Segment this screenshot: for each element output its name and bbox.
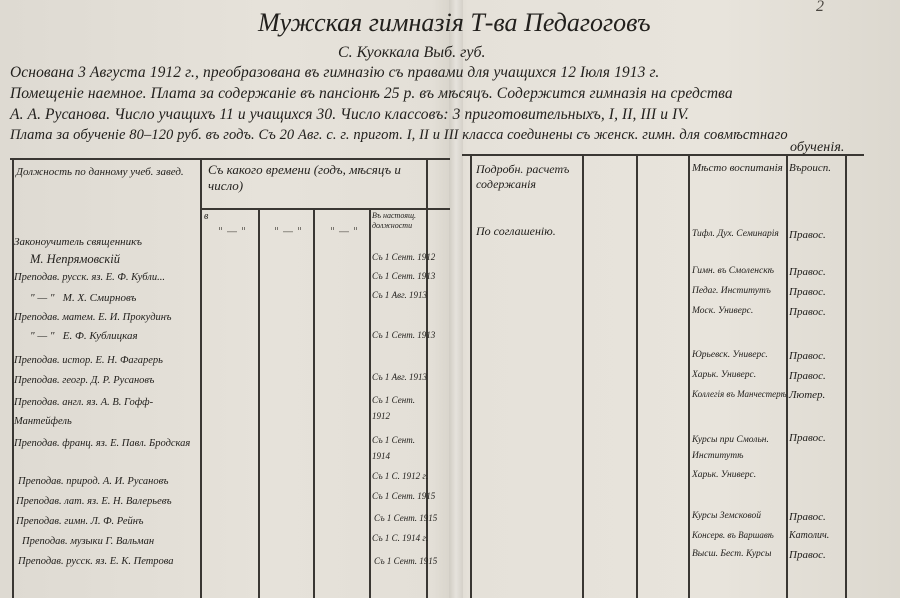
col-border-1 [200,158,202,598]
row-13-since: Съ 1 Сент. 1915 [374,556,437,566]
row-11-education: Курсы Земсковой [692,511,761,521]
col-border-8 [636,155,638,598]
row-4: " — " Е. Ф. Кублицкая [30,330,138,342]
row-5-education: Юрьевск. Универс. [692,350,768,360]
table-top-border-right [462,154,864,156]
row-9-since: Съ 1 С. 1912 г. [372,471,428,481]
row-6-religion: Правос. [789,370,826,382]
col-border-9 [688,155,690,598]
row-5: Преподав. истор. Е. Н. Фагарерь [14,355,163,366]
ditto-mark-1: " — " [218,225,246,238]
salary-note: По соглашенiю. [476,224,556,239]
row-2: " — " М. Х. Смирновъ [30,292,136,304]
row-7-since: Съ 1 Сент. 1912 [372,392,426,424]
row-3-education: Моск. Универс. [692,306,753,316]
row-3-religion: Правос. [789,306,826,318]
row-11: Преподав. гимн. Л. Ф. Рейнъ [16,516,143,527]
col-border-4 [369,208,371,598]
row-13-religion: Правос. [789,549,826,561]
col-border-3 [313,208,315,598]
row-0-religion: Правос. [789,229,826,241]
page-number: 2 [816,0,824,16]
intro-line-1: Основана 3 Августа 1912 г., преобразован… [10,64,659,82]
col-border-11 [845,155,847,598]
row-2-since: Съ 1 Сент. 1913 [372,271,435,281]
header-education-place: Мѣсто воспитанiя [692,162,784,176]
row-1-since: Съ 1 Сент. 1912 [372,252,435,262]
row-2-religion: Правос. [789,286,826,298]
row-1-religion: Правос. [789,266,826,278]
row-10-since: Съ 1 Сент. 1915 [372,491,435,501]
ditto-mark-2: " — " [274,225,302,238]
row-12-since: Съ 1 С. 1914 г. [372,533,428,543]
row-1-education: Гимн. въ Смоленскѣ [692,266,774,276]
row-6-education: Харьк. Универс. [692,370,756,380]
row-9: Преподав. природ. А. И. Русановъ [18,476,168,487]
row-7-religion: Лютер. [789,389,825,401]
document-subtitle: С. Куоккала Выб. губ. [338,44,486,62]
row-8: Преподав. франц. яз. Е. Павл. Бродская [14,436,200,453]
header-position: Должность по данному учеб. завед. [16,166,198,180]
col-border-10 [786,155,788,598]
document-title: Мужская гимназiя Т-ва Педагоговъ [258,8,651,38]
intro-line-3: А. А. Русанова. Число учащихъ 11 и учащи… [10,106,689,124]
row-11-religion: Правос. [789,511,826,523]
row-8-since: Съ 1 Сент. 1914 [372,432,426,464]
ditto-mark-3: " — " [330,225,358,238]
row-12-education: Консерв. въ Варшавѣ [692,530,774,540]
row-9-education: Харьк. Универс. [692,470,756,480]
since-subheader-divider [200,208,450,210]
row-4-since: Съ 1 Сент. 1913 [372,330,435,340]
row-0-education: Тифл. Дух. Семинарiя [692,229,779,239]
intro-line-4: Плата за обученiе 80–120 руб. въ годъ. С… [10,127,788,144]
header-current-position-since: Въ настоящ. должности [372,211,426,231]
row-0-name: М. Непрямовскiй [30,252,120,267]
intro-line-2: Помещенiе наемное. Плата за содержанiе в… [10,85,733,103]
row-12: Преподав. музыки Г. Вальман [22,536,154,547]
row-7: Преподав. англ. яз. А. В. Гофф-Мантейфел… [14,394,200,432]
row-3: Преподав. матем. Е. И. Прокудинъ [14,312,171,323]
header-salary: Подробн. расчетъ содержанiя [476,162,580,192]
row-6-since: Съ 1 Авг. 1913 [372,372,427,382]
row-11-since: Съ 1 Сент. 1915 [374,513,437,523]
row-12-religion: Католич. [789,530,829,541]
row-10: Преподав. лат. яз. Е. Н. Валерьевъ [16,496,172,507]
since-sub-in: в [204,211,208,224]
row-13-education: Высш. Бест. Курсы [692,549,771,559]
col-border-6 [470,155,472,598]
header-since-when: Съ какого времени (годъ, мѣсяцъ и число) [208,162,428,195]
row-8-religion: Правос. [789,432,826,444]
row-0-position: Законоучитель священникъ [14,236,142,248]
col-border-7 [582,155,584,598]
row-13: Преподав. русск. яз. Е. К. Петрова [18,556,174,567]
row-5-religion: Правос. [789,350,826,362]
row-3-since: Съ 1 Авг. 1913 [372,290,427,300]
header-religion: Въроисп. [789,162,845,176]
row-8-education: Курсы при Смольн. Институтѣ [692,432,784,464]
row-7-education: Коллегiя въ Манчестерѣ [692,389,787,399]
row-6: Преподав. геогр. Д. Р. Русановъ [14,375,154,386]
row-1: Преподав. русск. яз. Е. Ф. Кубли... [14,272,165,283]
table-top-border-left [10,158,450,160]
row-2-education: Педаг. Институтъ [692,286,771,296]
col-border-2 [258,208,260,598]
